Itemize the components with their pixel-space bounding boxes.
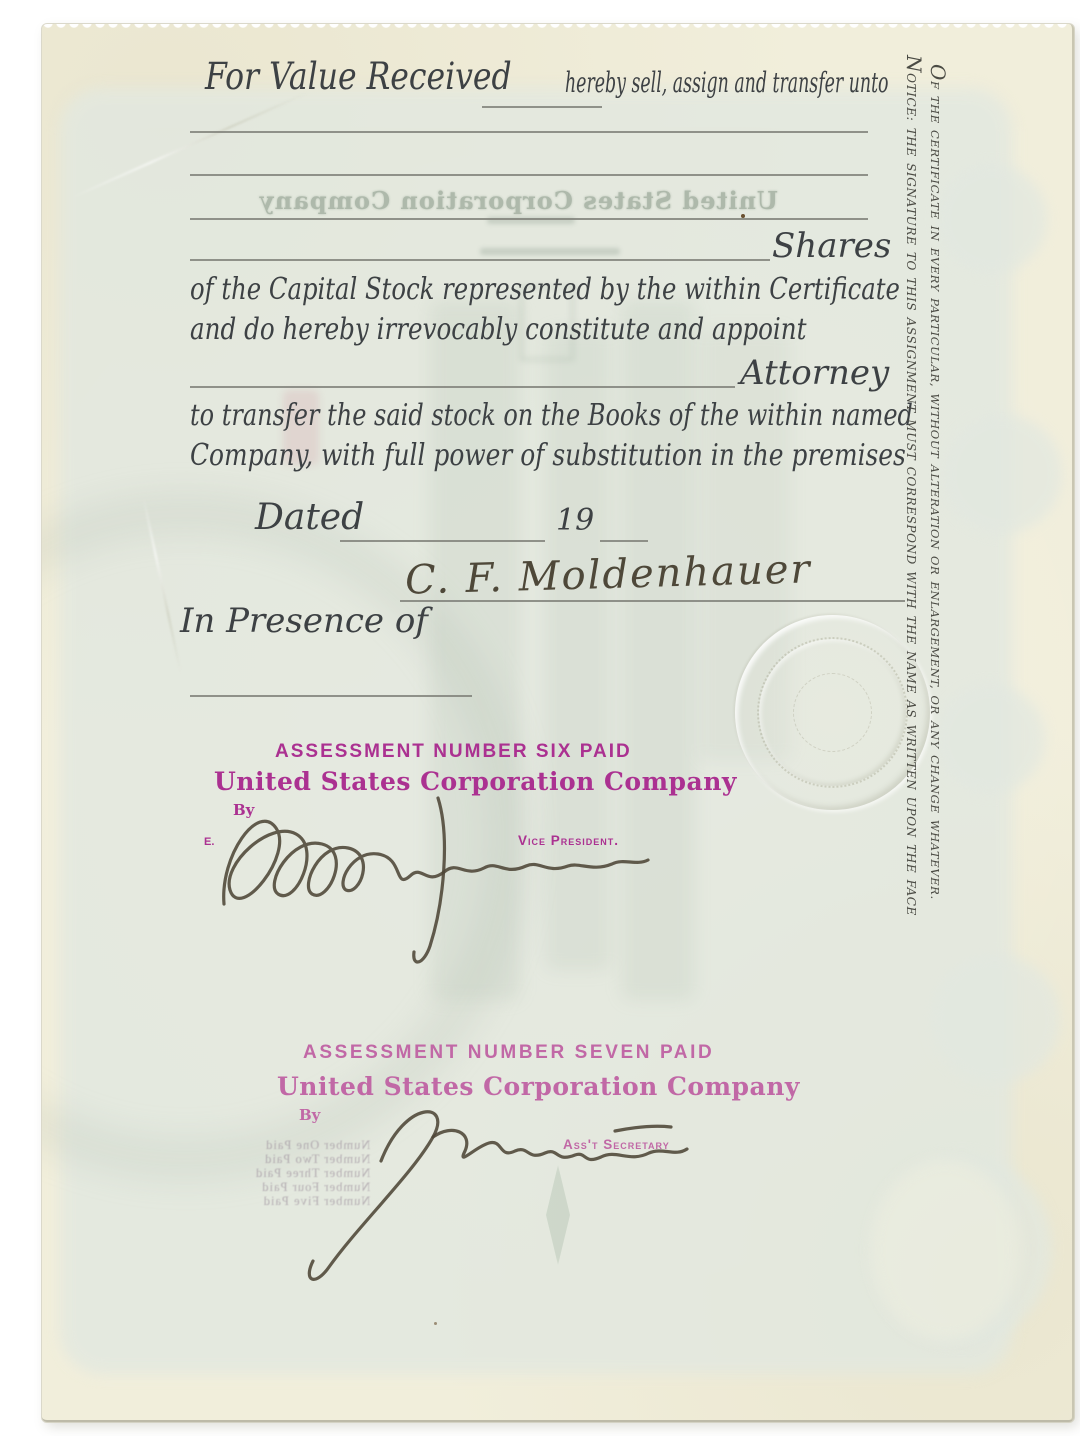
- margin-notice-line-2: OF THE CERTIFICATE IN EVERY PARTICULAR, …: [926, 64, 950, 900]
- asst-secretary-signature-flourish: [285, 1075, 725, 1295]
- vice-president-signature-flourish: [200, 772, 670, 982]
- assessment-six-title: ASSESSMENT NUMBER SIX PAID: [275, 741, 632, 763]
- margin-notice-line-1: NOTICE: THE SIGNATURE TO THIS ASSIGNMENT…: [902, 55, 926, 916]
- certificate-back-paper: United States Corporation Company Number…: [42, 24, 1074, 1422]
- assessment-seven-title: ASSESSMENT NUMBER SEVEN PAID: [303, 1042, 714, 1064]
- deckled-top-edge: [42, 24, 1072, 34]
